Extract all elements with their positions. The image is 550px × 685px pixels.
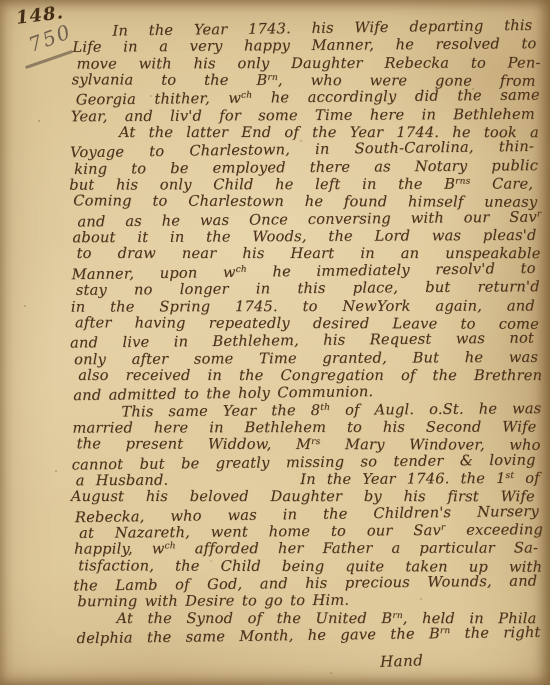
- text-line: stay no longer in this place, but return…: [76, 278, 540, 299]
- paper-specks: [0, 0, 2, 2]
- catchword: Hand: [380, 651, 424, 671]
- text-line: a Husband. In the Year 1746. the 1st of: [76, 470, 540, 490]
- text-line: only after some Time granted, But he was: [74, 348, 538, 368]
- text-line: This same Year the 8th of Augl. o.St. he…: [77, 400, 541, 421]
- text-line: Year, and liv'd for some Time here in Be…: [71, 106, 535, 126]
- text-line: married here in Bethlehem to his Second …: [72, 418, 536, 436]
- text-line: delphia the same Month, he gave the Brn …: [76, 624, 540, 648]
- text-line: burning with Desire to go to Him.: [77, 591, 541, 611]
- manuscript-text: In the Year 1743. his Wife departing thi…: [72, 19, 541, 646]
- text-line: but his only Child he left in the Brns C…: [69, 176, 533, 194]
- text-line: move with his only Daughter Rebecka to P…: [77, 54, 541, 72]
- manuscript-page: 148. 750 In the Year 1743. his Wife depa…: [0, 0, 550, 685]
- text-line: about it in the Woods, the Lord was plea…: [72, 227, 536, 247]
- text-line: in the Spring 1745. to NewYork again, an…: [71, 297, 535, 315]
- text-line: happily, wch afforded her Father a parti…: [74, 540, 538, 558]
- text-line: Life in a very happy Manner, he resolved…: [72, 35, 536, 56]
